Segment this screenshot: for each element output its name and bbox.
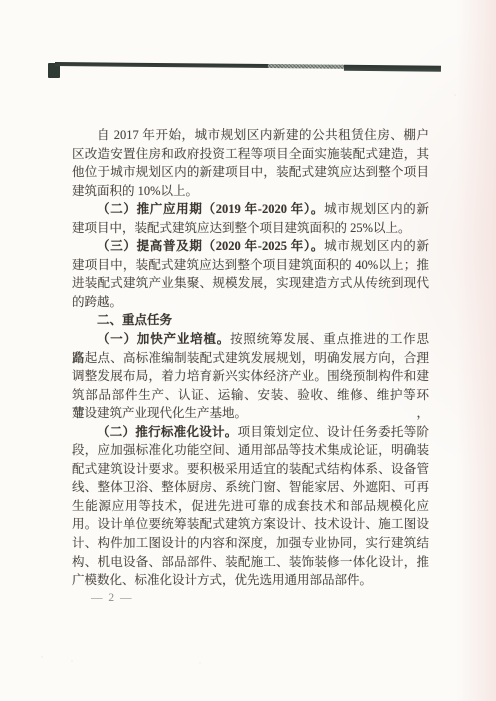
heading-run: （二）推行标准化设计。: [97, 425, 238, 439]
text-line: 线、整体卫浴、整体厨房、系统门窗、智能家居、外遮阳、可再: [72, 478, 429, 497]
text-line: 段，应加强标准化功能空间、通用部品等技术集成论证，明确装: [72, 441, 429, 460]
text-run: 线、整体卫浴、整体厨房、系统门窗、智能家居、外遮阳、可再: [72, 480, 429, 494]
text-line: （三）提高普及期（2020 年-2025 年）。城市规划区内的新: [72, 237, 429, 256]
text-line: 区改造安置住房和政府投资工程等项目全面实施装配式建造，其: [72, 145, 429, 164]
text-run: 生能源应用等技术，促进先进可靠的成套技术和部品规模化应: [72, 499, 429, 513]
text-line: （二）推广应用期（2019 年-2020 年）。城市规划区内的新: [72, 200, 429, 219]
scanner-bar-dither-middle: [268, 64, 344, 69]
scanner-edge-bar: [55, 62, 441, 73]
text-run: 建设建筑产业现代化生产基地。: [72, 406, 247, 420]
text-run: 建项目中，装配式建筑应达到整个项目建筑面积的 25%以上。: [72, 221, 411, 235]
text-line: 自 2017 年开始，城市规划区内新建的公共租赁住房、棚户: [72, 126, 429, 145]
text-run: 项目策划定位、设计任务委托等阶: [238, 425, 429, 439]
text-run: 计、构件加工图设计的内容和深度，加强专业协同，实行建筑结: [72, 536, 429, 550]
text-line: 计、构件加工图设计的内容和深度，加强专业协同，实行建筑结: [72, 534, 429, 553]
text-run: 高起点、高标准编制装配式建筑发展规划，明确发展方向，合理: [72, 351, 429, 365]
text-line: 调整发展布局，着力培育新兴实体经济产业。围绕预制构件和建: [72, 367, 429, 386]
text-line: 进装配式建筑产业集聚、规模发展，实现建造方式从传统到现代: [72, 274, 429, 293]
text-line: 建筑面积的 10%以上。: [72, 182, 429, 201]
text-line: 构、机电设备、部品部件、装配施工、装饰装修一体化设计，推: [72, 553, 429, 572]
text-line: 广模数化、标准化设计方式，优先选用通用部品部件。: [72, 571, 429, 590]
text-run: 段，应加强标准化功能空间、通用部品等技术集成论证，明确装: [72, 443, 429, 457]
text-run: 他位于城市规划区内的新建项目中，装配式建筑应达到整个项目: [72, 165, 429, 179]
text-run: 区改造安置住房和政府投资工程等项目全面实施装配式建造，其: [72, 147, 429, 161]
text-line: 用。设计单位要统筹装配式建筑方案设计、技术设计、施工图设: [72, 515, 429, 534]
heading-run: （一）加快产业培植。: [97, 332, 230, 346]
text-run: 调整发展布局，着力培育新兴实体经济产业。围绕预制构件和建: [72, 369, 429, 383]
text-line: 建项目中，装配式建筑应达到整个项目建筑面积的 25%以上。: [72, 219, 429, 238]
text-run: 用。设计单位要统筹装配式建筑方案设计、技术设计、施工图设: [72, 517, 429, 531]
text-run: 自 2017 年开始，城市规划区内新建的公共租赁住房、棚户: [97, 128, 429, 142]
scanner-bar-dark-right: [344, 65, 441, 72]
text-run: 建项目中，装配式建筑应达到整个项目建筑面积的 40%以上；推: [72, 258, 429, 272]
text-line: 建项目中，装配式建筑应达到整个项目建筑面积的 40%以上；推: [72, 256, 429, 275]
text-line: 的跨越。: [72, 293, 429, 312]
heading-run: 二、重点任务: [97, 313, 172, 327]
scanned-document-page: 自 2017 年开始，城市规划区内新建的公共租赁住房、棚户区改造安置住房和政府投…: [0, 0, 496, 701]
text-line: （一）加快产业培植。按照统筹发展、重点推进的工作思路，: [72, 330, 429, 349]
heading-run: （三）提高普及期（2020 年-2025 年）。: [97, 239, 324, 253]
text-line: 生能源应用等技术，促进先进可靠的成套技术和部品规模化应: [72, 497, 429, 516]
text-run: 广模数化、标准化设计方式，优先选用通用部品部件。: [72, 573, 372, 587]
heading-run: （二）推广应用期（2019 年-2020 年）。: [97, 202, 324, 216]
page-number: — 2 —: [91, 592, 133, 604]
text-run: 进装配式建筑产业集聚、规模发展，实现建造方式从传统到现代: [72, 276, 429, 290]
body-text: 自 2017 年开始，城市规划区内新建的公共租赁住房、棚户区改造安置住房和政府投…: [72, 126, 429, 590]
text-line: 高起点、高标准编制装配式建筑发展规划，明确发展方向，合理: [72, 349, 429, 368]
text-run: 构、机电设备、部品部件、装配施工、装饰装修一体化设计，推: [72, 555, 429, 569]
text-run: 的跨越。: [72, 295, 122, 309]
text-line: 配式建筑设计要求。要积极采用适宜的装配式结构体系、设备管: [72, 460, 429, 479]
text-line: 他位于城市规划区内的新建项目中，装配式建筑应达到整个项目: [72, 163, 429, 182]
text-run: 城市规划区内的新: [324, 239, 429, 253]
text-run: 建筑面积的 10%以上。: [72, 184, 198, 198]
text-run: 配式建筑设计要求。要积极采用适宜的装配式结构体系、设备管: [72, 462, 429, 476]
scanner-bar-dark-left: [55, 62, 268, 68]
text-line: 二、重点任务: [72, 311, 429, 330]
text-line: （二）推行标准化设计。项目策划定位、设计任务委托等阶: [72, 423, 429, 442]
text-line: 筑部品部件生产、认证、运输、安装、验收、维修、维护等环节，: [72, 386, 429, 405]
text-run: 城市规划区内的新: [324, 202, 429, 216]
